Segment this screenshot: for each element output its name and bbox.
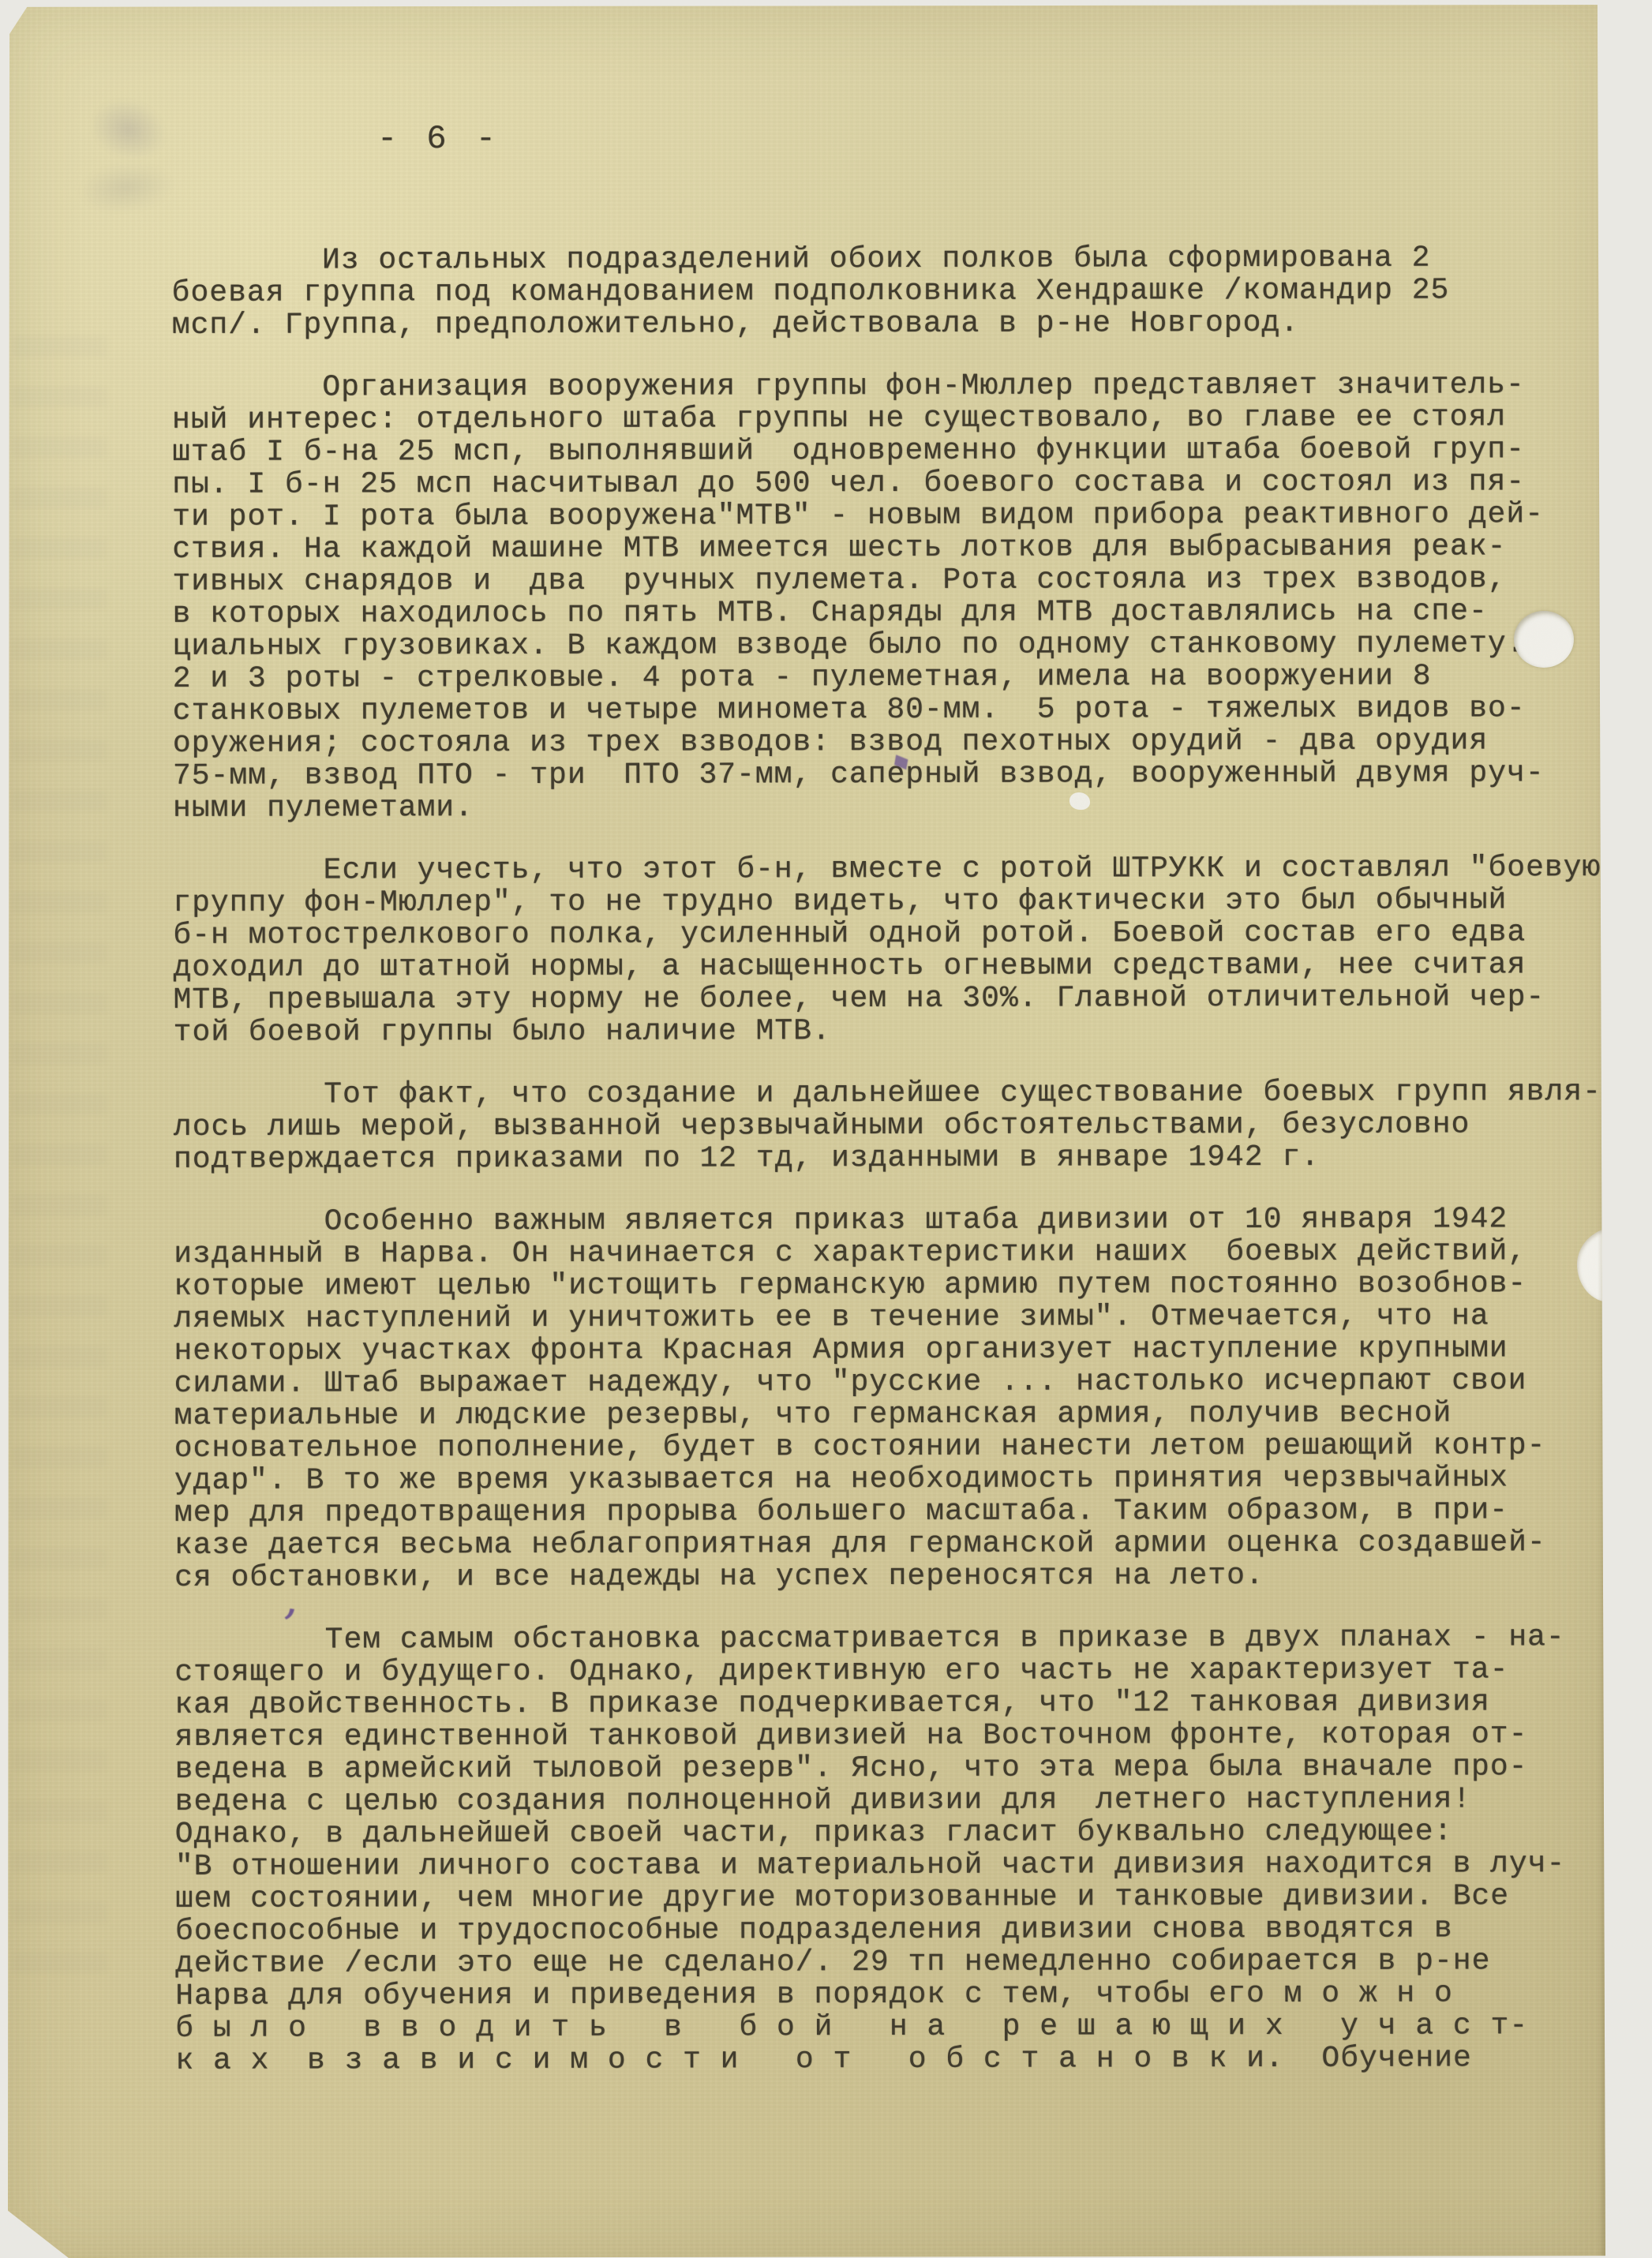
text-line: той боевой группы было наличие МТВ.	[174, 1013, 1594, 1049]
text-line: б ы л о в в о д и т ь в б о й н а р е ш …	[175, 2009, 1596, 2045]
document-text: Из остальных подразделений обоих полков …	[172, 242, 1597, 2107]
text-line: Тот факт, что создание и дальнейшее суще…	[174, 1076, 1594, 1111]
text-line: Однако, в дальнейшей своей части, приказ…	[175, 1815, 1596, 1851]
text-line: кая двойственность. В приказе подчеркива…	[174, 1686, 1595, 1721]
text-line: доходил до штатной нормы, а насыщенность…	[173, 949, 1594, 984]
ink-bleedthrough-smudge	[60, 150, 192, 226]
paragraph: Из остальных подразделений обоих полков …	[172, 242, 1593, 342]
text-line: ти рот. I рота была вооружена"МТВ" - нов…	[172, 498, 1593, 534]
text-line: "В отношении личного состава и материаль…	[175, 1848, 1596, 1883]
scanned-page: - 6 - Из остальных подразделений обоих п…	[8, 5, 1605, 2258]
text-line: 2 и 3 роты - стрелковые. 4 рота - пулеме…	[173, 660, 1594, 695]
text-line: боевая группа под командованием подполко…	[172, 274, 1593, 309]
text-line: пы. I б-н 25 мсп насчитывал до 500 чел. …	[172, 466, 1593, 501]
left-margin-bleedthrough	[13, 336, 107, 1994]
text-line: б-н мотострелкового полка, усиленный одн…	[173, 916, 1594, 952]
text-line: некоторых участках фронта Красная Армия …	[174, 1332, 1594, 1368]
text-line: Тем самым обстановка рассматривается в п…	[174, 1621, 1595, 1657]
text-line: удар". В то же время указывается на необ…	[174, 1462, 1595, 1497]
text-line: которые имеют целью "истощить германскую…	[174, 1268, 1594, 1303]
text-line: мер для предотвращения прорыва большего …	[174, 1494, 1595, 1530]
text-line: ся обстановки, и все надежды на успех пе…	[174, 1559, 1595, 1594]
text-line: в которых находилось по пять МТВ. Снаряд…	[172, 595, 1593, 631]
paragraph: Организация вооружения группы фон-Мюллер…	[172, 369, 1594, 825]
text-line: ляемых наступлений и уничтожить ее в теч…	[174, 1300, 1594, 1335]
text-line: ный интерес: отдельного штаба группы не …	[172, 401, 1593, 436]
text-line: является единственной танковой дивизией …	[174, 1718, 1595, 1754]
text-line: действие /если это еще не сделано/. 29 т…	[175, 1945, 1596, 1980]
text-line: к а х в з а в и с и м о с т и о т о б с …	[175, 2042, 1596, 2077]
paragraph: Тем самым обстановка рассматривается в п…	[174, 1621, 1596, 2077]
text-line: штаб I б-на 25 мсп, выполнявший одноврем…	[172, 433, 1593, 469]
text-line: изданный в Нарва. Он начинается с характ…	[174, 1235, 1594, 1271]
text-line: оружения; состояла из трех взводов: взво…	[173, 725, 1594, 760]
text-line: ведена с целью создания полноценной диви…	[175, 1783, 1596, 1818]
white-out-patch	[1577, 1226, 1650, 1302]
text-line: циальных грузовиках. В каждом взводе был…	[173, 627, 1594, 663]
text-line: тивных снарядов и два ручных пулемета. Р…	[172, 563, 1593, 598]
scan-background: { "page": { "number_label": "- 6 -" }, "…	[0, 0, 1652, 2258]
punch-hole	[1514, 611, 1574, 668]
text-line: стоящего и будущего. Однако, директивную…	[174, 1653, 1595, 1689]
text-line: мсп/. Группа, предположительно, действов…	[172, 306, 1593, 342]
text-line: подтверждается приказами по 12 тд, издан…	[174, 1140, 1594, 1176]
text-line: шем состоянии, чем многие другие моториз…	[175, 1880, 1596, 1915]
paragraph: Если учесть, что этот б-н, вместе с рото…	[173, 852, 1594, 1049]
text-line: основательное пополнение, будет в состоя…	[174, 1429, 1595, 1465]
text-line: группу фон-Мюллер", то не трудно видеть,…	[173, 884, 1594, 919]
text-line: Особенно важным является приказ штаба ди…	[174, 1203, 1594, 1238]
text-line: Из остальных подразделений обоих полков …	[172, 242, 1593, 277]
text-line: ными пулеметами.	[173, 789, 1594, 825]
text-line: материальные и людские резервы, что герм…	[174, 1397, 1595, 1432]
text-line: силами. Штаб выражает надежду, что "русс…	[174, 1365, 1595, 1400]
text-line: МТВ, превышала эту норму не более, чем н…	[173, 981, 1594, 1017]
white-speck	[1069, 792, 1090, 810]
text-line: Нарва для обучения и приведения в порядо…	[175, 1977, 1596, 2013]
text-line: казе дается весьма неблагоприятная для г…	[174, 1526, 1595, 1562]
paragraph: Особенно важным является приказ штаба ди…	[174, 1203, 1595, 1594]
text-line: ведена в армейский тыловой резерв". Ясно…	[175, 1751, 1596, 1786]
text-line: ствия. На каждой машине МТВ имеется шест…	[172, 530, 1593, 566]
text-line: 75-мм, взвод ПТО - три ПТО 37-мм, саперн…	[173, 757, 1594, 792]
page-number: - 6 -	[377, 120, 500, 158]
paper-edge-shadow	[1598, 5, 1605, 2258]
text-line: станковых пулеметов и четыре миномета 80…	[173, 692, 1594, 728]
text-line: боеспособные и трудоспособные подразделе…	[175, 1912, 1596, 1948]
text-line: Если учесть, что этот б-н, вместе с рото…	[173, 852, 1594, 887]
text-line: лось лишь мерой, вызванной черзвычайными…	[174, 1108, 1594, 1144]
text-line: Организация вооружения группы фон-Мюллер…	[172, 369, 1593, 404]
paragraph: Тот факт, что создание и дальнейшее суще…	[174, 1076, 1594, 1176]
